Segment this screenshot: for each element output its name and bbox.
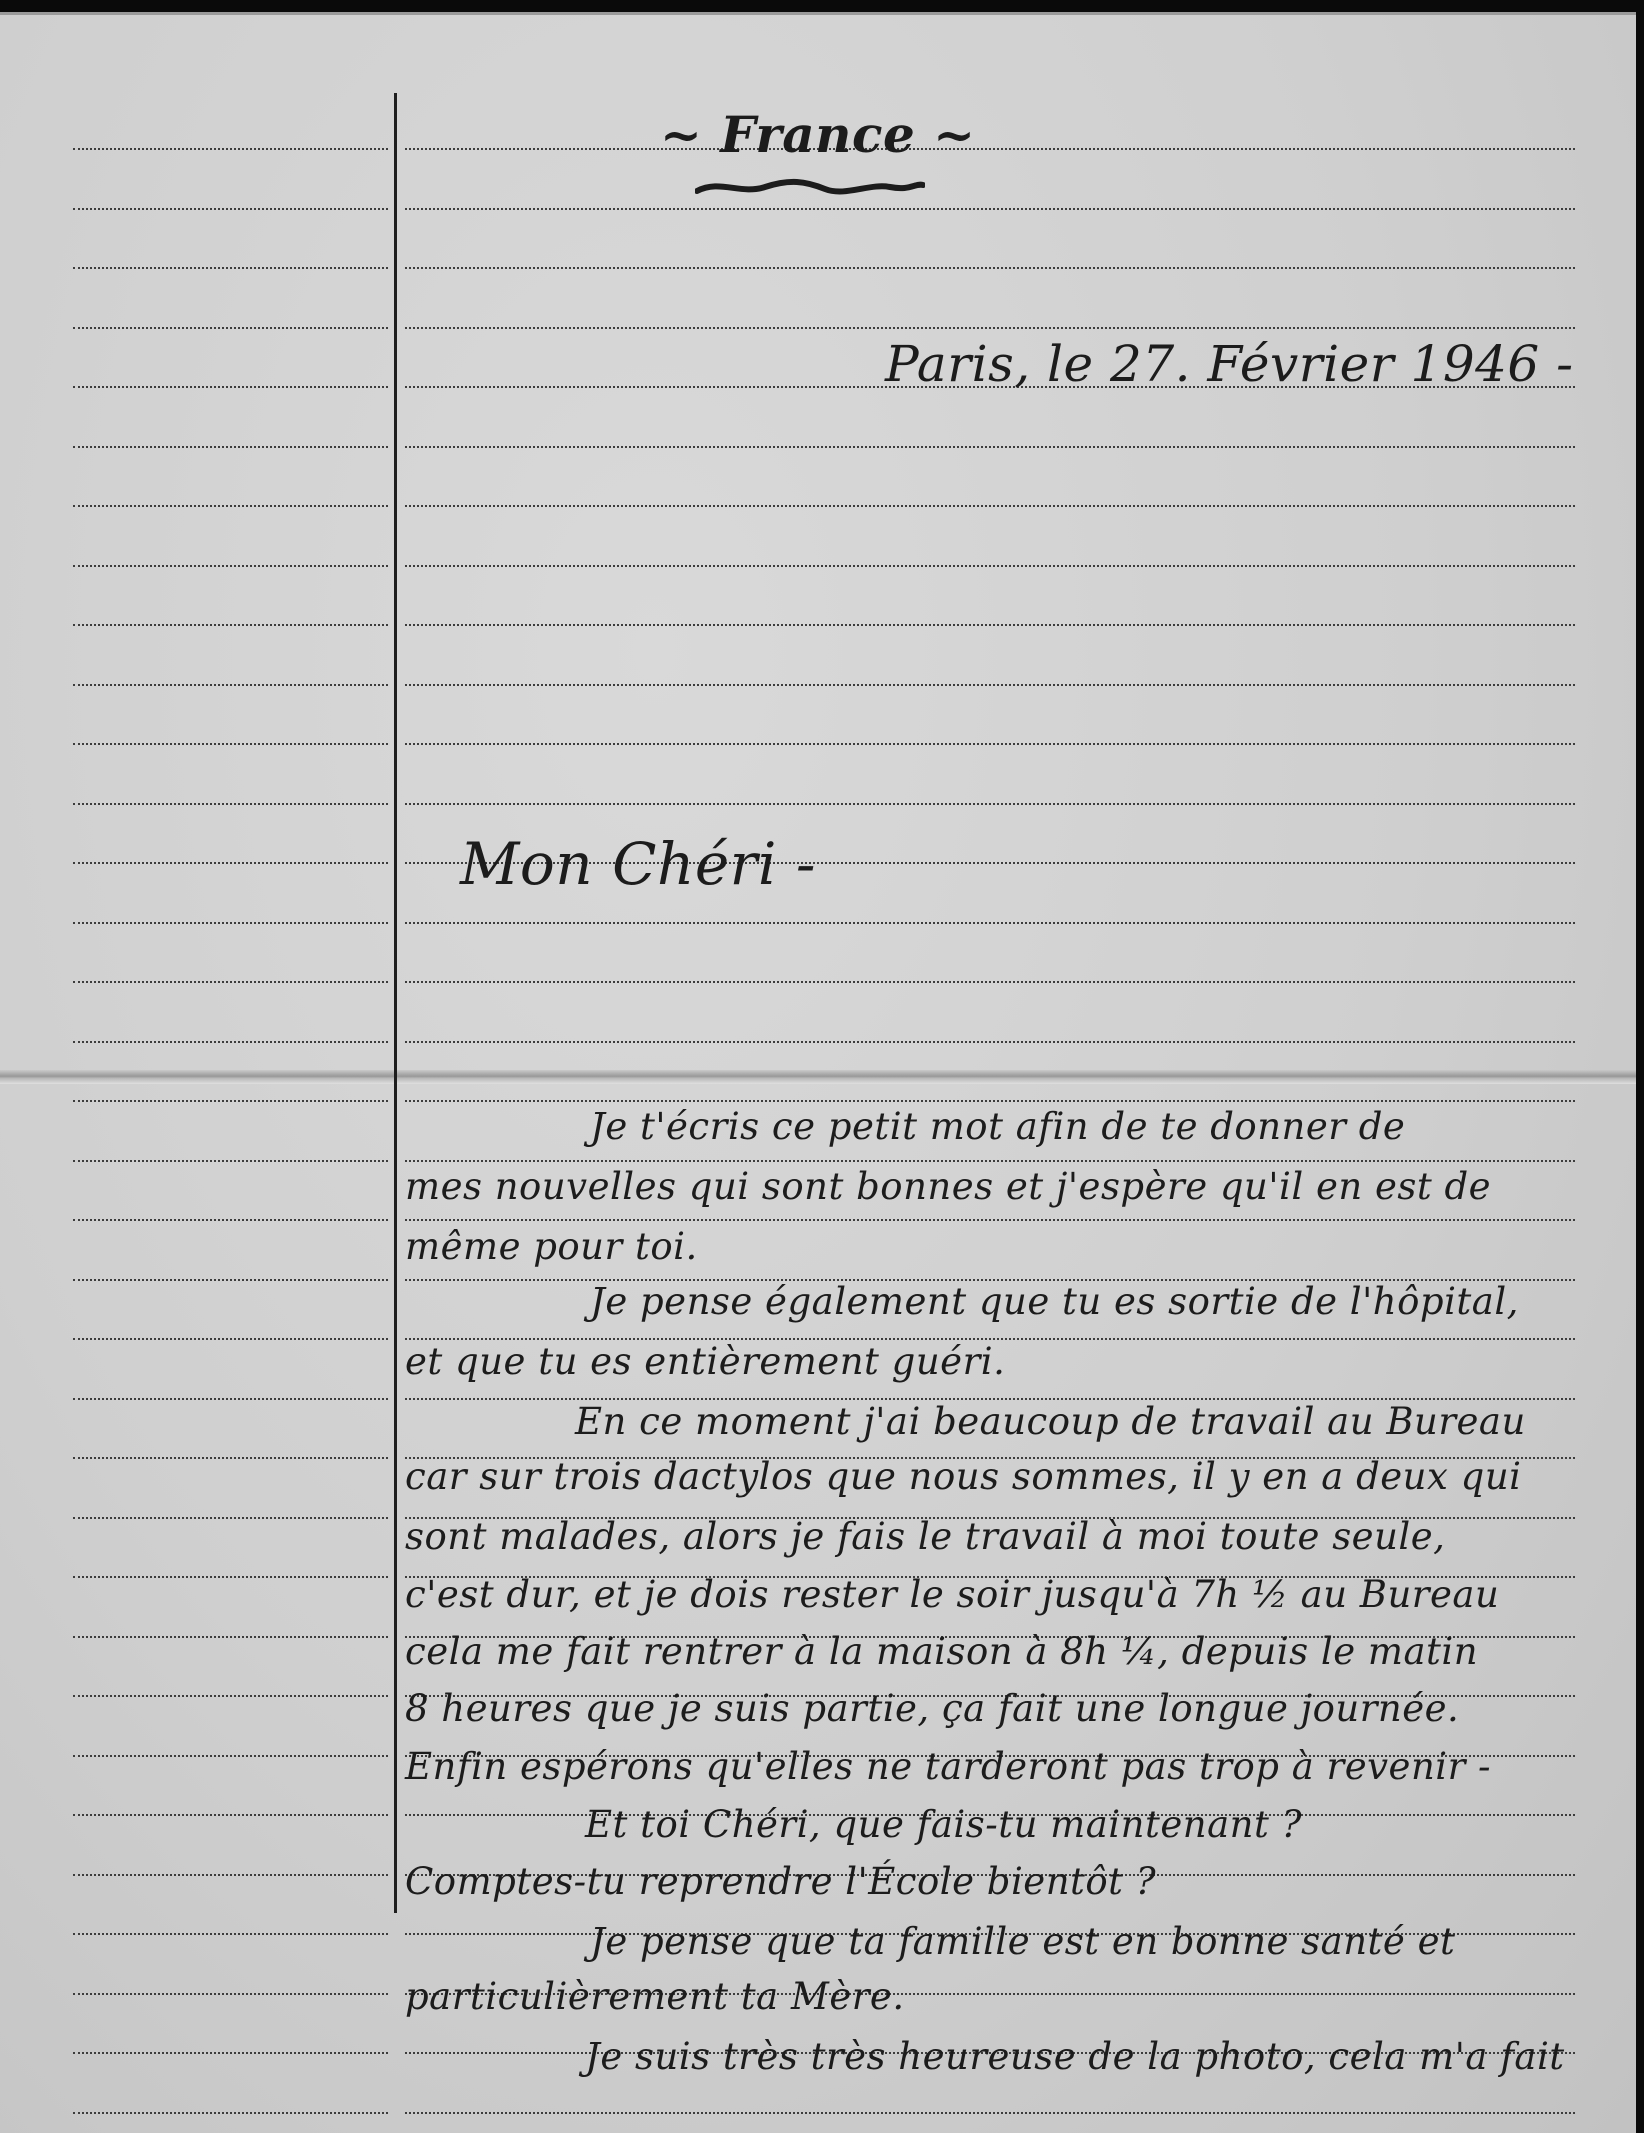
letter-heading: ~ France ~	[660, 105, 976, 164]
ruled-line	[73, 327, 388, 329]
ruled-line	[73, 1933, 388, 1935]
ruled-line	[405, 922, 1575, 924]
letter-body-line: Je t'écris ce petit mot afin de te donne…	[590, 1105, 1405, 1148]
margin-line	[394, 93, 397, 1913]
ruled-line	[405, 446, 1575, 448]
letter-body-line: 8 heures que je suis partie, ça fait une…	[405, 1687, 1459, 1730]
ruled-line	[73, 2052, 388, 2054]
ruled-line	[405, 743, 1575, 745]
ruled-line	[405, 565, 1575, 567]
letter-body-line: cela me fait rentrer à la maison à 8h ¼,…	[405, 1630, 1478, 1673]
ruled-line	[73, 1219, 388, 1221]
ruled-line	[405, 1041, 1575, 1043]
letter-body-line: Je suis très très heureuse de la photo, …	[585, 2035, 1565, 2078]
ruled-line	[405, 1100, 1575, 1102]
ruled-line	[73, 1041, 388, 1043]
ruled-line	[73, 208, 388, 210]
letter-body-line: Je pense que ta famille est en bonne san…	[590, 1920, 1455, 1963]
ruled-line	[405, 327, 1575, 329]
ruled-line	[405, 1219, 1575, 1221]
ruled-line	[73, 1576, 388, 1578]
ruled-line	[73, 803, 388, 805]
ruled-line	[73, 1338, 388, 1340]
letter-body-line: Comptes-tu reprendre l'École bientôt ?	[405, 1860, 1156, 1903]
ruled-line	[73, 386, 388, 388]
ruled-line	[73, 1100, 388, 1102]
ruled-line	[73, 1874, 388, 1876]
ruled-line	[73, 1279, 388, 1281]
ruled-line	[405, 505, 1575, 507]
letter-body-line: particulièrement ta Mère.	[405, 1975, 905, 2018]
ruled-line	[73, 446, 388, 448]
paper-fold-crease	[0, 1070, 1636, 1084]
letter-body-line: Je pense également que tu es sortie de l…	[590, 1280, 1519, 1323]
ruled-line	[73, 1398, 388, 1400]
letter-body-line: Et toi Chéri, que fais-tu maintenant ?	[585, 1803, 1302, 1846]
ruled-line	[73, 565, 388, 567]
ruled-line	[73, 684, 388, 686]
ruled-line	[73, 743, 388, 745]
ruled-line	[73, 1160, 388, 1162]
ruled-line	[405, 803, 1575, 805]
ruled-line	[405, 2112, 1575, 2114]
ruled-line	[73, 1517, 388, 1519]
ruled-line	[405, 624, 1575, 626]
ruled-line	[73, 1814, 388, 1816]
ruled-line	[73, 148, 388, 150]
letter-body-line: car sur trois dactylos que nous sommes, …	[405, 1455, 1522, 1498]
letter-body-line: c'est dur, et je dois rester le soir jus…	[405, 1573, 1499, 1616]
ruled-line	[405, 1160, 1575, 1162]
wavy-underline-icon	[695, 177, 925, 197]
letter-dateline: Paris, le 27. Février 1946 -	[885, 335, 1574, 393]
ruled-line	[73, 1755, 388, 1757]
ruled-line	[405, 981, 1575, 983]
letter-salutation: Mon Chéri -	[460, 830, 816, 898]
ruled-line	[73, 1695, 388, 1697]
ruled-line	[73, 1636, 388, 1638]
ruled-line	[73, 862, 388, 864]
ruled-line	[405, 208, 1575, 210]
ruled-line	[73, 1993, 388, 1995]
letter-body-line: et que tu es entièrement guéri.	[405, 1340, 1005, 1383]
ruled-line	[405, 684, 1575, 686]
ruled-line	[73, 505, 388, 507]
letter-body-line: sont malades, alors je fais le travail à…	[405, 1515, 1445, 1558]
ruled-line	[73, 267, 388, 269]
letter-body-line: mes nouvelles qui sont bonnes et j'espèr…	[405, 1165, 1491, 1208]
letter-body-line: même pour toi.	[405, 1225, 698, 1268]
letter-body-line: En ce moment j'ai beaucoup de travail au…	[575, 1400, 1526, 1443]
ruled-line	[405, 148, 1575, 150]
ruled-line	[73, 1457, 388, 1459]
ruled-line	[73, 2112, 388, 2114]
letter-page: ~ France ~ Paris, le 27. Février 1946 - …	[0, 12, 1636, 2130]
ruled-line	[73, 981, 388, 983]
ruled-line	[73, 624, 388, 626]
ruled-line	[405, 267, 1575, 269]
letter-body-line: Enfin espérons qu'elles ne tarderont pas…	[405, 1745, 1491, 1788]
ruled-line	[73, 922, 388, 924]
